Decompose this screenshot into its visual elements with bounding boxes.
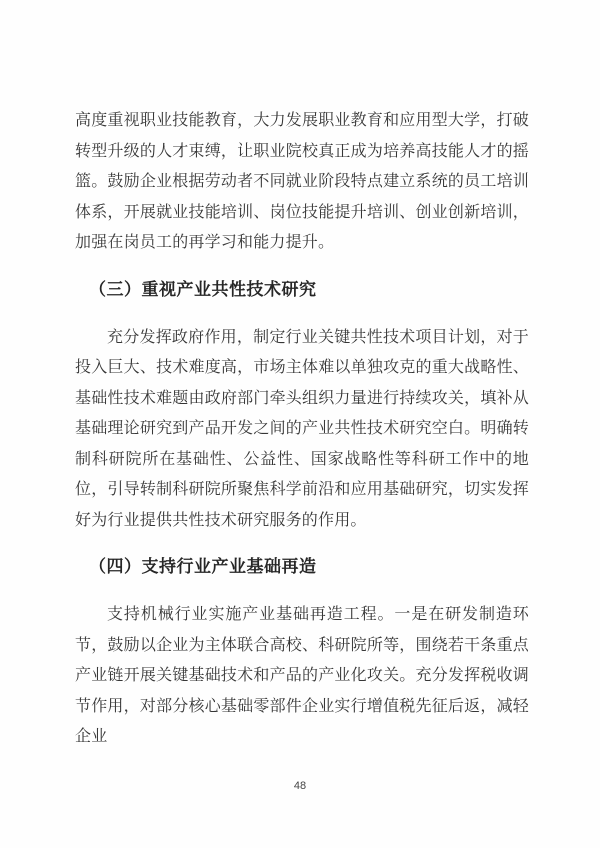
document-content: 高度重视职业技能教育，大力发展职业教育和应用型大学，打破转型升级的人才束缚，让职… — [75, 106, 529, 753]
page-number: 48 — [0, 780, 600, 792]
document-page: 高度重视职业技能教育，大力发展职业教育和应用型大学，打破转型升级的人才束缚，让职… — [0, 0, 600, 848]
section-heading-three: （三）重视产业共性技术研究 — [75, 275, 529, 305]
section-heading-four: （四）支持行业产业基础再造 — [75, 552, 529, 582]
paragraph-industry-foundation-rebuild: 支持机械行业实施产业基础再造工程。一是在研发制造环节，鼓励以企业为主体联合高校、… — [75, 600, 529, 753]
paragraph-employee-training: 高度重视职业技能教育，大力发展职业教育和应用型大学，打破转型升级的人才束缚，让职… — [75, 106, 529, 259]
paragraph-common-technology-research: 充分发挥政府作用，制定行业关键共性技术项目计划，对于投入巨大、技术难度高，市场主… — [75, 323, 529, 537]
